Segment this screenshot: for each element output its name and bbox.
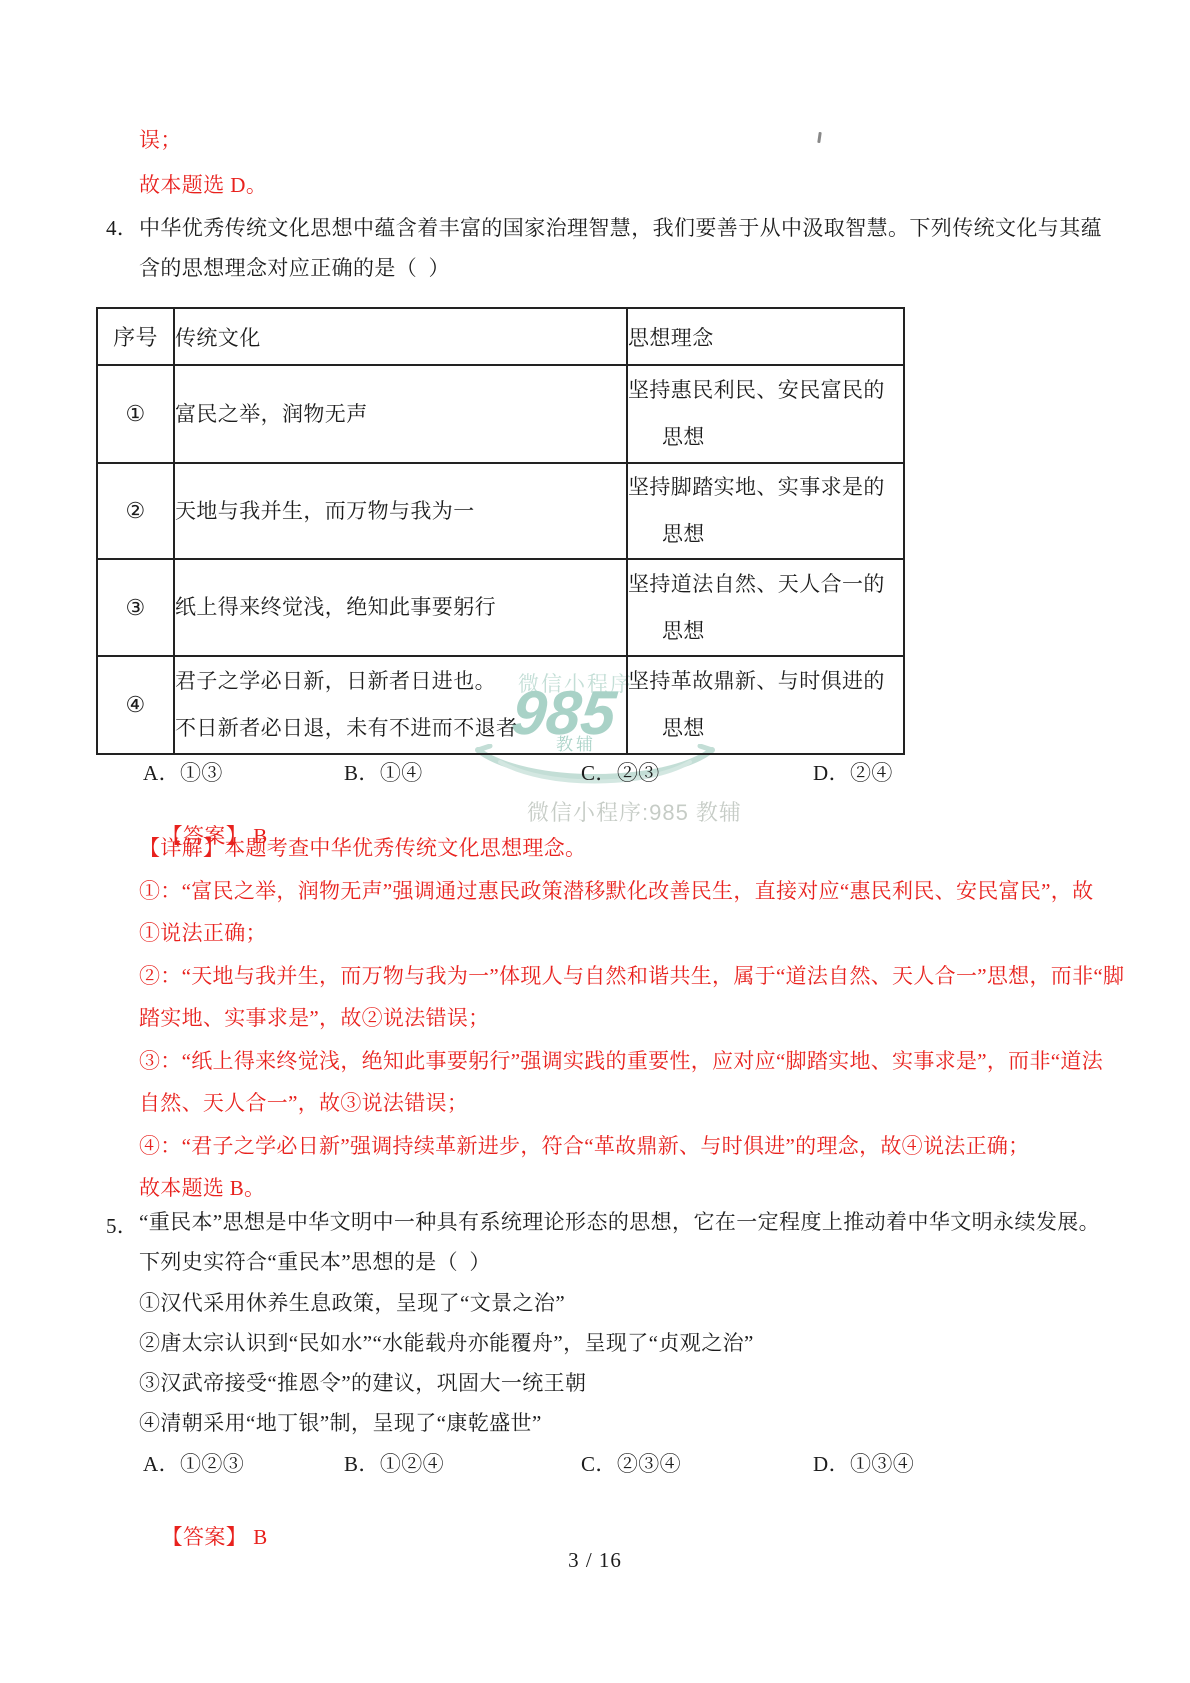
- analysis-line: ①：“富民之举，润物无声”强调通过惠民政策潜移默化改善民生，直接对应“惠民利民、…: [139, 870, 1189, 913]
- prev-answer-tail: 误；: [139, 125, 182, 155]
- table-row: ② 天地与我并生，而万物与我为一 坚持脚踏实地、实事求是的 思想: [97, 463, 904, 559]
- row3-index: ③: [97, 559, 174, 656]
- row4-idea-line1: 坚持革故鼎新、与时俱进的: [628, 658, 903, 705]
- row1-culture: 富民之举，润物无声: [174, 365, 627, 463]
- question4-analysis: 【详解】本题考查中华优秀传统文化思想理念。 ①：“富民之举，润物无声”强调通过惠…: [139, 827, 1189, 1210]
- question5-options: A．①②③ B．①②④ C．②③④ D．①③④: [0, 1448, 1190, 1478]
- question4-options: A．①③ B．①④ C．②③ D．②④: [0, 757, 1190, 787]
- question5-stem-line2: 下列史实符合“重民本”思想的是（ ）: [139, 1242, 1189, 1282]
- question5-number: 5．: [106, 1211, 138, 1241]
- q5-option-b: B．①②④: [344, 1448, 444, 1478]
- stray-scan-mark: [817, 132, 822, 143]
- q4-option-a-label: A．: [143, 761, 180, 785]
- row1-culture-line1: 富民之举，润物无声: [175, 391, 626, 438]
- row3-culture: 纸上得来终觉浅，绝知此事要躬行: [174, 559, 627, 656]
- table-header-culture: 传统文化: [174, 308, 627, 365]
- prev-answer-choice: 故本题选 D。: [139, 170, 267, 200]
- q5-option-b-value: ①②④: [380, 1452, 444, 1476]
- q5-answer-value: B: [253, 1525, 267, 1549]
- question5-item1: ①汉代采用休养生息政策，呈现了“文景之治”: [139, 1283, 1189, 1323]
- row4-culture-line2: 不日新者必日退，未有不进而不退者: [175, 705, 626, 752]
- question4-table: 序号 传统文化 思想理念 ① 富民之举，润物无声 坚持惠民利民、安民富民的 思想…: [96, 307, 905, 755]
- q5-option-b-label: B．: [344, 1452, 380, 1476]
- q4-option-c-value: ②③: [617, 761, 660, 785]
- q5-option-a-value: ①②③: [180, 1452, 244, 1476]
- row1-idea-line2: 思想: [662, 414, 903, 461]
- table-row: ① 富民之举，润物无声 坚持惠民利民、安民富民的 思想: [97, 365, 904, 463]
- row4-idea: 坚持革故鼎新、与时俱进的 思想: [627, 656, 904, 754]
- table-header-idea: 思想理念: [627, 308, 904, 365]
- analysis-line: ③：“纸上得来终觉浅，绝知此事要躬行”强调实践的重要性，应对应“脚踏实地、实事求…: [139, 1040, 1189, 1083]
- row2-index: ②: [97, 463, 174, 559]
- row2-culture-line1: 天地与我并生，而万物与我为一: [175, 488, 626, 535]
- q5-option-c: C．②③④: [581, 1448, 681, 1478]
- q4-option-b-label: B．: [344, 761, 380, 785]
- row1-idea-line1: 坚持惠民利民、安民富民的: [628, 367, 903, 414]
- row4-culture-line1: 君子之学必日新，日新者日进也。: [175, 658, 626, 705]
- q5-option-d: D．①③④: [813, 1448, 914, 1478]
- row2-culture: 天地与我并生，而万物与我为一: [174, 463, 627, 559]
- table-row: ④ 君子之学必日新，日新者日进也。 不日新者必日退，未有不进而不退者 坚持革故鼎…: [97, 656, 904, 754]
- q5-option-d-label: D．: [813, 1452, 850, 1476]
- table-header-index: 序号: [97, 308, 174, 365]
- q4-option-d-label: D．: [813, 761, 850, 785]
- q5-option-d-value: ①③④: [850, 1452, 914, 1476]
- analysis-line: 自然、天人合一”，故③说法错误；: [139, 1082, 1189, 1125]
- q4-option-c: C．②③: [581, 757, 660, 787]
- question4-stem-line1: 中华优秀传统文化思想中蕴含着丰富的国家治理智慧，我们要善于从中汲取智慧。下列传统…: [139, 208, 1102, 248]
- q4-option-a-value: ①③: [180, 761, 223, 785]
- row4-culture: 君子之学必日新，日新者日进也。 不日新者必日退，未有不进而不退者: [174, 656, 627, 754]
- question4-stem-line2: 含的思想理念对应正确的是（ ）: [139, 248, 1102, 288]
- row2-idea-line2: 思想: [662, 511, 903, 558]
- question5-item2: ②唐太宗认识到“民如水”“水能载舟亦能覆舟”，呈现了“贞观之治”: [139, 1323, 1189, 1363]
- analysis-line: ①说法正确；: [139, 912, 1189, 955]
- question4-number: 4．: [106, 213, 138, 243]
- q4-option-b-value: ①④: [380, 761, 423, 785]
- table-row: ③ 纸上得来终觉浅，绝知此事要躬行 坚持道法自然、天人合一的 思想: [97, 559, 904, 656]
- page-number: 3 / 16: [0, 1548, 1190, 1573]
- row1-index: ①: [97, 365, 174, 463]
- watermark-caption: 微信小程序:985 教辅: [527, 796, 742, 827]
- q5-answer-label: 【答案】: [162, 1525, 248, 1549]
- q5-option-a-label: A．: [143, 1452, 180, 1476]
- q4-option-c-label: C．: [581, 761, 617, 785]
- analysis-line: ④：“君子之学必日新”强调持续革新进步，符合“革故鼎新、与时俱进”的理念，故④说…: [139, 1125, 1189, 1168]
- q5-option-c-value: ②③④: [617, 1452, 681, 1476]
- row3-idea-line1: 坚持道法自然、天人合一的: [628, 561, 903, 608]
- row2-idea-line1: 坚持脚踏实地、实事求是的: [628, 464, 903, 511]
- question5-item4: ④清朝采用“地丁银”制，呈现了“康乾盛世”: [139, 1403, 1189, 1443]
- row4-index: ④: [97, 656, 174, 754]
- row2-idea: 坚持脚踏实地、实事求是的 思想: [627, 463, 904, 559]
- table-header-row: 序号 传统文化 思想理念: [97, 308, 904, 365]
- question5-stem-line1: “重民本”思想是中华文明中一种具有系统理论形态的思想，它在一定程度上推动着中华文…: [139, 1202, 1189, 1242]
- q5-option-a: A．①②③: [143, 1448, 244, 1478]
- row3-idea-line2: 思想: [662, 608, 903, 655]
- question5-item3: ③汉武帝接受“推恩令”的建议，巩固大一统王朝: [139, 1363, 1189, 1403]
- row1-idea: 坚持惠民利民、安民富民的 思想: [627, 365, 904, 463]
- q4-option-d-value: ②④: [850, 761, 893, 785]
- row3-culture-line1: 纸上得来终觉浅，绝知此事要躬行: [175, 584, 626, 631]
- question5-stem: “重民本”思想是中华文明中一种具有系统理论形态的思想，它在一定程度上推动着中华文…: [139, 1202, 1189, 1444]
- row4-idea-line2: 思想: [662, 705, 903, 752]
- q4-option-a: A．①③: [143, 757, 223, 787]
- document-page: 微信小程序 985 教辅 微信小程序:985 教辅 误； 故本题选 D。 4． …: [0, 0, 1190, 1683]
- analysis-line: ②：“天地与我并生，而万物与我为一”体现人与自然和谐共生，属于“道法自然、天人合…: [139, 955, 1189, 998]
- row3-idea: 坚持道法自然、天人合一的 思想: [627, 559, 904, 656]
- q5-option-c-label: C．: [581, 1452, 617, 1476]
- analysis-line: 【详解】本题考查中华优秀传统文化思想理念。: [139, 827, 1189, 870]
- q4-option-b: B．①④: [344, 757, 423, 787]
- question4-stem: 中华优秀传统文化思想中蕴含着丰富的国家治理智慧，我们要善于从中汲取智慧。下列传统…: [139, 208, 1102, 288]
- q4-option-d: D．②④: [813, 757, 893, 787]
- analysis-line: 踏实地、实事求是”，故②说法错误；: [139, 997, 1189, 1040]
